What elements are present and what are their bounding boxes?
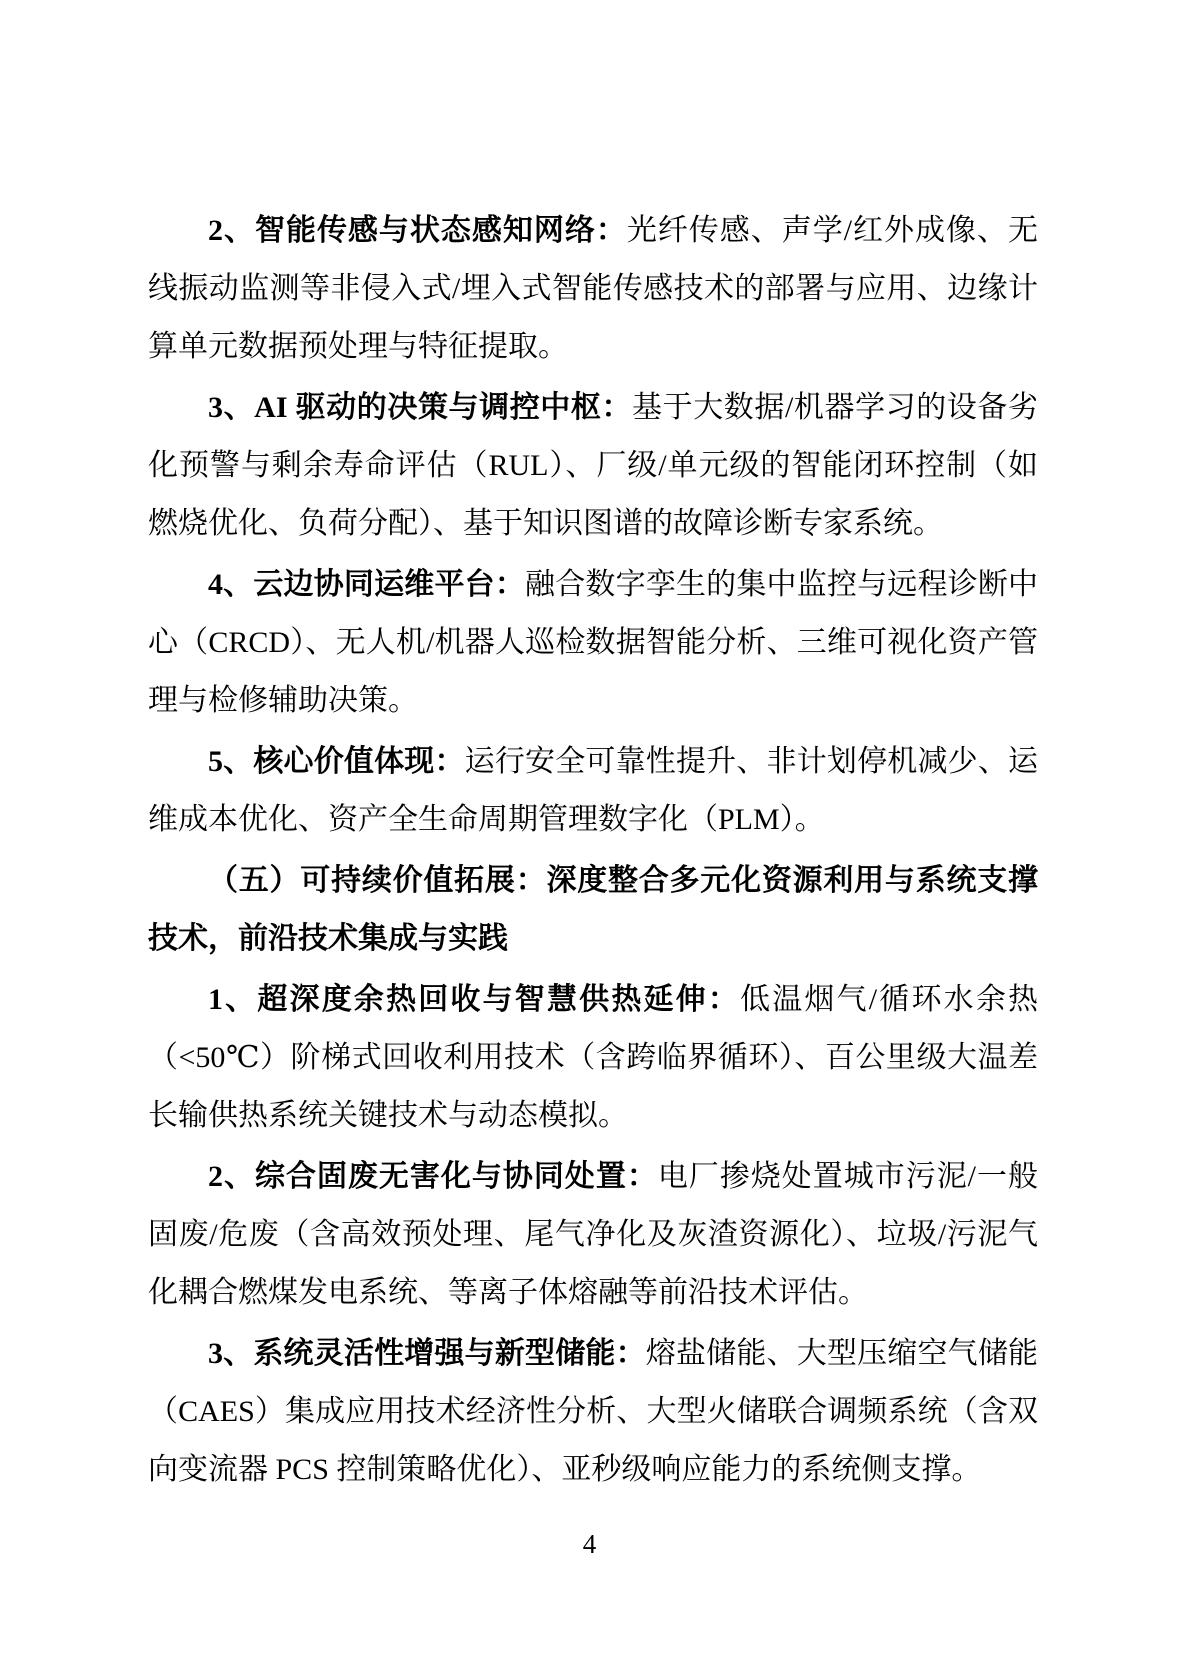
heading-section-five: （五）可持续价值拓展：深度整合多元化资源利用与系统支撑技术，前沿技术集成与实践 <box>148 852 1038 968</box>
para-cloud-edge-platform: 4、云边协同运维平台：融合数字孪生的集中监控与远程诊断中心（CRCD）、无人机/… <box>148 556 1038 730</box>
page-content: 2、智能传感与状态感知网络：光纤传感、声学/红外成像、无线振动监测等非侵入式/埋… <box>148 202 1038 1502</box>
document-page: 2、智能传感与状态感知网络：光纤传感、声学/红外成像、无线振动监测等非侵入式/埋… <box>0 0 1179 1674</box>
para-core-value: 5、核心价值体现：运行安全可靠性提升、非计划停机减少、运维成本优化、资产全生命周… <box>148 733 1038 849</box>
para-smart-sensing-network: 2、智能传感与状态感知网络：光纤传感、声学/红外成像、无线振动监测等非侵入式/埋… <box>148 202 1038 376</box>
para-solid-waste-disposal-label: 2、综合固废无害化与协同处置： <box>208 1160 658 1193</box>
para-heat-recovery: 1、超深度余热回收与智慧供热延伸：低温烟气/循环水余热（<50℃）阶梯式回收利用… <box>148 971 1038 1145</box>
para-ai-decision-control: 3、AI 驱动的决策与调控中枢：基于大数据/机器学习的设备劣化预警与剩余寿命评估… <box>148 379 1038 553</box>
para-cloud-edge-platform-label: 4、云边协同运维平台： <box>208 568 525 601</box>
para-flexibility-energy-storage: 3、系统灵活性增强与新型储能：熔盐储能、大型压缩空气储能（CAES）集成应用技术… <box>148 1325 1038 1499</box>
para-smart-sensing-network-label: 2、智能传感与状态感知网络： <box>208 214 627 247</box>
para-solid-waste-disposal: 2、综合固废无害化与协同处置：电厂掺烧处置城市污泥/一般固废/危废（含高效预处理… <box>148 1148 1038 1322</box>
para-core-value-label: 5、核心价值体现： <box>208 745 465 778</box>
page-footer: 4 <box>0 1524 1179 1564</box>
para-ai-decision-control-label: 3、AI 驱动的决策与调控中枢： <box>208 391 632 424</box>
page-number: 4 <box>583 1529 597 1559</box>
para-flexibility-energy-storage-label: 3、系统灵活性增强与新型储能： <box>208 1337 646 1370</box>
heading-section-five-label: （五）可持续价值拓展：深度整合多元化资源利用与系统支撑技术，前沿技术集成与实践 <box>148 864 1038 955</box>
para-heat-recovery-label: 1、超深度余热回收与智慧供热延伸： <box>208 983 740 1016</box>
